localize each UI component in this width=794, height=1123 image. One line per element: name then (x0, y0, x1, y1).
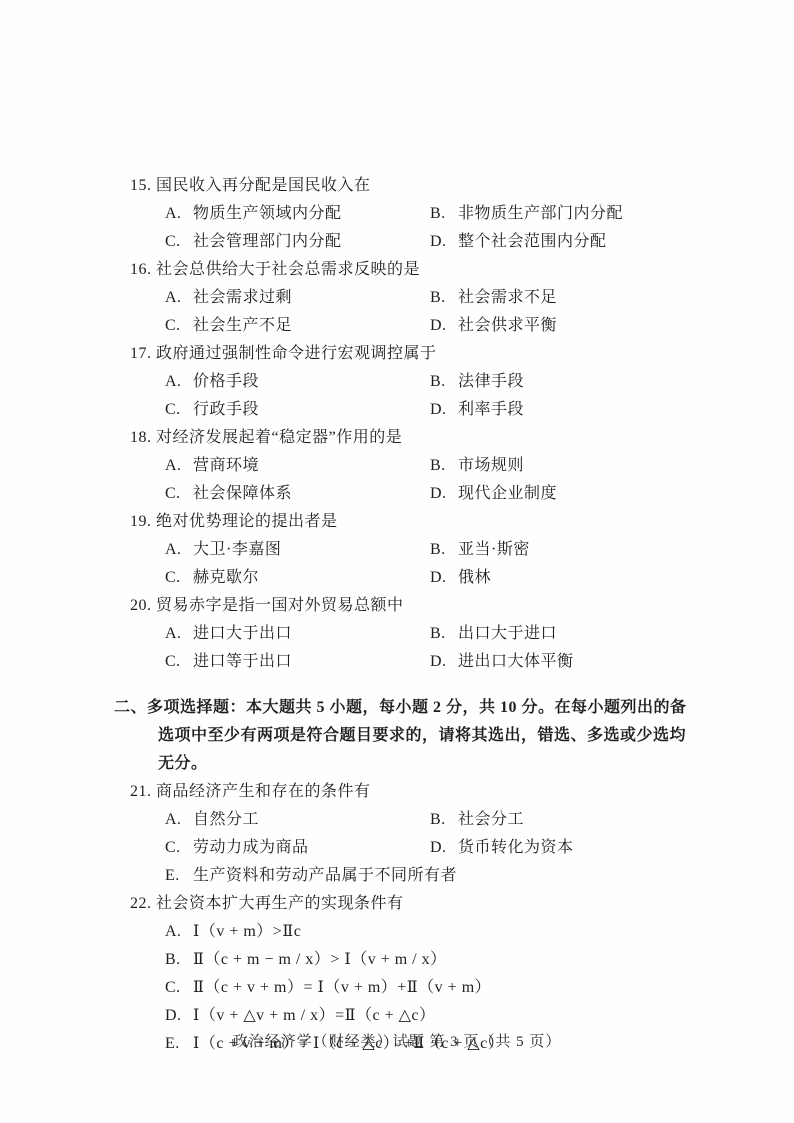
question-17: 17.政府通过强制性命令进行宏观调控属于A.价格手段B.法律手段C.行政手段D.… (0, 340, 794, 424)
question-number: 16. (130, 256, 156, 284)
option-text: 俄林 (458, 564, 754, 592)
option-D: D.货币转化为资本 (430, 834, 754, 862)
option-label: C. (165, 228, 193, 256)
option-label: B. (430, 536, 458, 564)
option-text: 社会需求过剩 (193, 284, 430, 312)
option-label: C. (165, 480, 193, 508)
option-label: D. (430, 312, 458, 340)
question-stem-row: 15.国民收入再分配是国民收入在 (0, 172, 794, 200)
multi-choice-question-list: 21.商品经济产生和存在的条件有A.自然分工B.社会分工C.劳动力成为商品D.货… (0, 778, 794, 1058)
option-text: 非物质生产部门内分配 (458, 200, 754, 228)
option-text: 物质生产领域内分配 (193, 200, 430, 228)
question-number: 22. (130, 890, 156, 918)
option-D: D.社会供求平衡 (430, 312, 754, 340)
option-label: C. (165, 564, 193, 592)
option-A: A.Ⅰ（v + m）>Ⅱc (165, 918, 754, 946)
question-number: 18. (130, 424, 156, 452)
question-number: 20. (130, 592, 156, 620)
option-label: D. (430, 228, 458, 256)
option-text: 生产资料和劳动产品属于不同所有者 (193, 862, 754, 890)
option-text: 大卫·李嘉图 (193, 536, 430, 564)
question-stem: 政府通过强制性命令进行宏观调控属于 (156, 345, 437, 362)
option-C: C.Ⅱ（c + v + m）= Ⅰ（v + m）+Ⅱ（v + m） (165, 974, 754, 1002)
option-label: B. (430, 452, 458, 480)
option-label: D. (430, 396, 458, 424)
question-19: 19.绝对优势理论的提出者是A.大卫·李嘉图B.亚当·斯密C.赫克歇尔D.俄林 (0, 508, 794, 592)
question-stem: 商品经济产生和存在的条件有 (156, 783, 371, 800)
option-A: A.自然分工 (165, 806, 430, 834)
option-text: Ⅱ（c + m − m / x）> Ⅰ（v + m / x） (193, 946, 754, 974)
section-two-label: 二、 (114, 699, 147, 716)
option-B: B.社会需求不足 (430, 284, 754, 312)
option-text: 进口大于出口 (193, 620, 430, 648)
option-label: D. (430, 564, 458, 592)
question-options: A.物质生产领域内分配B.非物质生产部门内分配C.社会管理部门内分配D.整个社会… (0, 200, 794, 256)
option-text: 劳动力成为商品 (193, 834, 430, 862)
question-options: A.营商环境B.市场规则C.社会保障体系D.现代企业制度 (0, 452, 794, 508)
question-stem-row: 18.对经济发展起着“稳定器”作用的是 (0, 424, 794, 452)
option-text: 社会保障体系 (193, 480, 430, 508)
exam-content: 15.国民收入再分配是国民收入在A.物质生产领域内分配B.非物质生产部门内分配C… (0, 0, 794, 1058)
option-label: C. (165, 834, 193, 862)
option-text: 进出口大体平衡 (458, 648, 754, 676)
question-stem-row: 19.绝对优势理论的提出者是 (0, 508, 794, 536)
option-C: C.社会管理部门内分配 (165, 228, 430, 256)
option-A: A.大卫·李嘉图 (165, 536, 430, 564)
option-label: E. (165, 862, 193, 890)
option-text: 社会分工 (458, 806, 754, 834)
option-label: A. (165, 368, 193, 396)
option-text: 社会需求不足 (458, 284, 754, 312)
option-label: B. (430, 806, 458, 834)
option-label: D. (430, 834, 458, 862)
option-A: A.进口大于出口 (165, 620, 430, 648)
option-A: A.社会需求过剩 (165, 284, 430, 312)
question-number: 21. (130, 778, 156, 806)
option-B: B.非物质生产部门内分配 (430, 200, 754, 228)
option-C: C.行政手段 (165, 396, 430, 424)
question-options: A.自然分工B.社会分工C.劳动力成为商品D.货币转化为资本E.生产资料和劳动产… (0, 806, 794, 890)
option-C: C.社会生产不足 (165, 312, 430, 340)
question-stem: 社会资本扩大再生产的实现条件有 (156, 895, 404, 912)
question-stem-row: 22.社会资本扩大再生产的实现条件有 (0, 890, 794, 918)
option-text: 现代企业制度 (458, 480, 754, 508)
question-number: 15. (130, 172, 156, 200)
question-options: A.大卫·李嘉图B.亚当·斯密C.赫克歇尔D.俄林 (0, 536, 794, 592)
page-footer: 政治经济学（财经类）试题 第 3 页（共 5 页） (0, 1030, 794, 1051)
question-stem-row: 16.社会总供给大于社会总需求反映的是 (0, 256, 794, 284)
option-label: C. (165, 396, 193, 424)
question-15: 15.国民收入再分配是国民收入在A.物质生产领域内分配B.非物质生产部门内分配C… (0, 172, 794, 256)
single-choice-question-list: 15.国民收入再分配是国民收入在A.物质生产领域内分配B.非物质生产部门内分配C… (0, 172, 794, 676)
option-C: C.赫克歇尔 (165, 564, 430, 592)
option-label: A. (165, 452, 193, 480)
option-label: A. (165, 620, 193, 648)
question-18: 18.对经济发展起着“稳定器”作用的是A.营商环境B.市场规则C.社会保障体系D… (0, 424, 794, 508)
question-20: 20.贸易赤字是指一国对外贸易总额中A.进口大于出口B.出口大于进口C.进口等于… (0, 592, 794, 676)
option-text: 社会管理部门内分配 (193, 228, 430, 256)
option-text: 亚当·斯密 (458, 536, 754, 564)
option-D: D.Ⅰ（v + △v + m / x）=Ⅱ（c + △c） (165, 1002, 754, 1030)
option-label: C. (165, 648, 193, 676)
question-stem: 绝对优势理论的提出者是 (156, 513, 338, 530)
option-text: 行政手段 (193, 396, 430, 424)
option-B: B.社会分工 (430, 806, 754, 834)
option-text: 货币转化为资本 (458, 834, 754, 862)
question-number: 17. (130, 340, 156, 368)
option-label: D. (430, 648, 458, 676)
option-text: 法律手段 (458, 368, 754, 396)
option-D: D.俄林 (430, 564, 754, 592)
option-A: A.价格手段 (165, 368, 430, 396)
option-B: B.出口大于进口 (430, 620, 754, 648)
section-two-heading: 多项选择题： (147, 699, 246, 716)
option-label: A. (165, 536, 193, 564)
question-stem: 对经济发展起着“稳定器”作用的是 (156, 429, 402, 446)
option-label: C. (165, 974, 193, 1002)
question-stem-row: 17.政府通过强制性命令进行宏观调控属于 (0, 340, 794, 368)
option-text: 社会供求平衡 (458, 312, 754, 340)
option-text: 社会生产不足 (193, 312, 430, 340)
option-C: C.进口等于出口 (165, 648, 430, 676)
option-label: B. (430, 284, 458, 312)
option-A: A.营商环境 (165, 452, 430, 480)
option-D: D.进出口大体平衡 (430, 648, 754, 676)
option-text: 赫克歇尔 (193, 564, 430, 592)
option-text: 出口大于进口 (458, 620, 754, 648)
question-stem: 贸易赤字是指一国对外贸易总额中 (156, 597, 404, 614)
option-label: B. (430, 620, 458, 648)
option-E: E.生产资料和劳动产品属于不同所有者 (165, 862, 754, 890)
section-two-header: 二、多项选择题：本大题共 5 小题，每小题 2 分，共 10 分。在每小题列出的… (0, 694, 794, 778)
question-21: 21.商品经济产生和存在的条件有A.自然分工B.社会分工C.劳动力成为商品D.货… (0, 778, 794, 890)
question-stem-row: 20.贸易赤字是指一国对外贸易总额中 (0, 592, 794, 620)
option-label: D. (165, 1002, 193, 1030)
option-label: A. (165, 284, 193, 312)
option-label: B. (430, 200, 458, 228)
option-text: 整个社会范围内分配 (458, 228, 754, 256)
option-text: 自然分工 (193, 806, 430, 834)
option-text: Ⅰ（v + m）>Ⅱc (193, 918, 754, 946)
option-text: Ⅱ（c + v + m）= Ⅰ（v + m）+Ⅱ（v + m） (193, 974, 754, 1002)
option-D: D.整个社会范围内分配 (430, 228, 754, 256)
option-B: B.亚当·斯密 (430, 536, 754, 564)
question-options: A.进口大于出口B.出口大于进口C.进口等于出口D.进出口大体平衡 (0, 620, 794, 676)
option-label: A. (165, 918, 193, 946)
question-options: A.社会需求过剩B.社会需求不足C.社会生产不足D.社会供求平衡 (0, 284, 794, 340)
question-16: 16.社会总供给大于社会总需求反映的是A.社会需求过剩B.社会需求不足C.社会生… (0, 256, 794, 340)
option-text: 进口等于出口 (193, 648, 430, 676)
question-stem: 社会总供给大于社会总需求反映的是 (156, 261, 420, 278)
option-label: A. (165, 200, 193, 228)
option-D: D.现代企业制度 (430, 480, 754, 508)
option-B: B.市场规则 (430, 452, 754, 480)
option-text: Ⅰ（v + △v + m / x）=Ⅱ（c + △c） (193, 1002, 754, 1030)
question-stem-row: 21.商品经济产生和存在的条件有 (0, 778, 794, 806)
option-text: 价格手段 (193, 368, 430, 396)
option-text: 市场规则 (458, 452, 754, 480)
question-number: 19. (130, 508, 156, 536)
option-label: B. (165, 946, 193, 974)
question-stem: 国民收入再分配是国民收入在 (156, 177, 371, 194)
option-C: C.劳动力成为商品 (165, 834, 430, 862)
option-text: 营商环境 (193, 452, 430, 480)
option-B: B.Ⅱ（c + m − m / x）> Ⅰ（v + m / x） (165, 946, 754, 974)
option-C: C.社会保障体系 (165, 480, 430, 508)
option-label: C. (165, 312, 193, 340)
option-label: D. (430, 480, 458, 508)
option-D: D.利率手段 (430, 396, 754, 424)
exam-page: 15.国民收入再分配是国民收入在A.物质生产领域内分配B.非物质生产部门内分配C… (0, 0, 794, 1123)
option-B: B.法律手段 (430, 368, 754, 396)
question-options: A.价格手段B.法律手段C.行政手段D.利率手段 (0, 368, 794, 424)
option-label: A. (165, 806, 193, 834)
option-label: B. (430, 368, 458, 396)
option-text: 利率手段 (458, 396, 754, 424)
option-A: A.物质生产领域内分配 (165, 200, 430, 228)
